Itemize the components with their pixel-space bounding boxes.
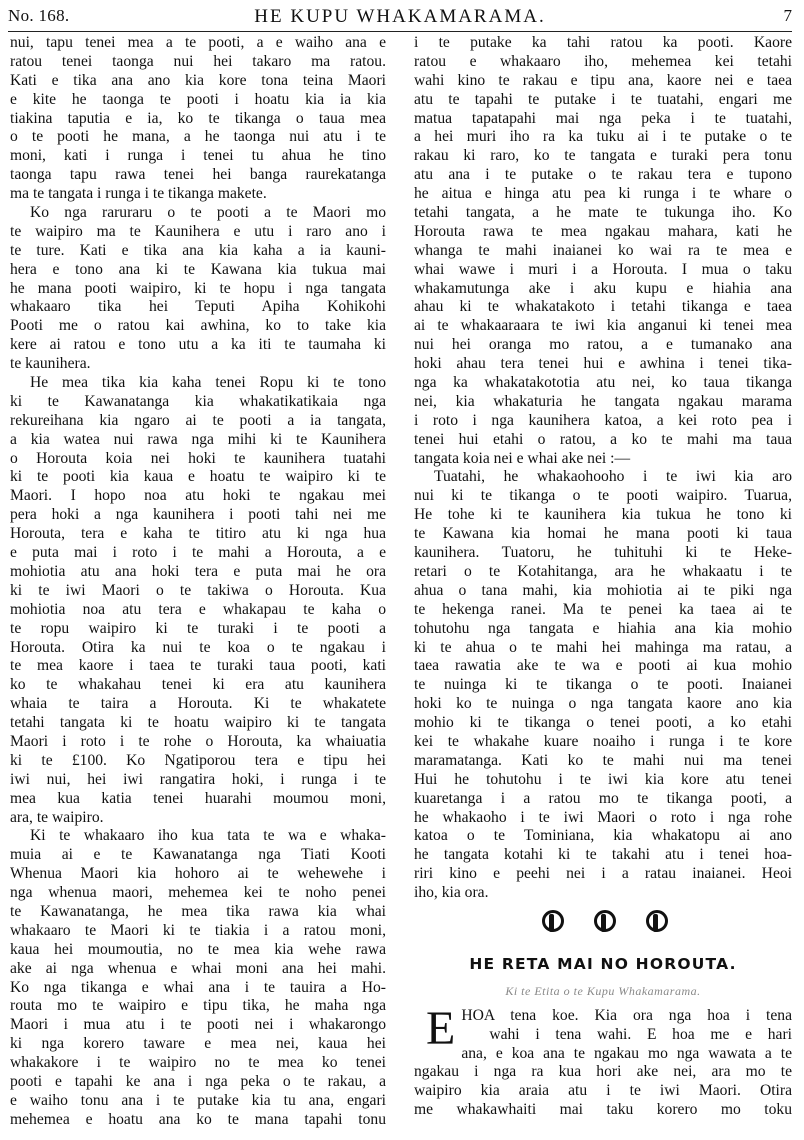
text-line: nei, kia whakaturia he tangata ngakau ma… [414, 393, 792, 412]
text-line: Kati e tika ana ano kia kore tona teina … [10, 72, 386, 91]
text-line: mohiotia atu ana hoki tera e puta mai he… [10, 563, 386, 582]
text-line: te waipiro ma te Kaunihera e utu i raro … [10, 223, 386, 242]
letter-line: HOA tena koe. Kia ora nga hoa i tena [461, 1007, 792, 1026]
text-line: mehemea e hoatu ana ko te mana tapahi to… [10, 1111, 386, 1130]
header-rule [8, 31, 792, 32]
text-line: e waiho tonu ana i te putake kia tu ana,… [10, 1092, 386, 1111]
text-line: iwi nui, hei iwi rangatira hoki, i runga… [10, 771, 386, 790]
letter-lines: HOA tena koe. Kia ora nga hoa i tenawahi… [414, 1007, 792, 1120]
letter-title: HE RETA MAI NO HOROUTA. [414, 955, 792, 974]
text-line: ratou tenei taonga nui hei takaro ma rat… [10, 53, 386, 72]
text-line: tetahi tangata, a he mate te tukunga iho… [414, 204, 792, 223]
text-line: whaia te taira a Horouta. Ki te whakatet… [10, 695, 386, 714]
text-line: tiakina taputia e ia, ko te tikanga o ta… [10, 110, 386, 129]
letter-line: waipiro kia araia atu i te iwi Maori. Ot… [414, 1082, 792, 1101]
text-line: rakau ki raro, ko te tangata e turaki pe… [414, 147, 792, 166]
text-line: he mana pooti waipiro, ki te hopu i nga … [10, 280, 386, 299]
text-line: e puta mai i roto i te mahi a Horouta, a… [10, 544, 386, 563]
text-line: Maori. I hopo noa atu hoki te ngakau mei [10, 487, 386, 506]
text-line: whakamutunga ake i aku kupu e hiahia ana [414, 280, 792, 299]
text-line: Whenua Maori kia hohoro ai te wehewehe i [10, 865, 386, 884]
text-line: ki te ahua o te mahi hei mahinga ma rata… [414, 639, 792, 658]
text-line: a hei muri iho ra ka tuku ai i te putake… [414, 128, 792, 147]
text-line: Maori i roto i te rohe o Horouta, ka wha… [10, 733, 386, 752]
text-line: ai te whakaaraara te iwi kia anganui ki … [414, 317, 792, 336]
text-line: atu ana i te putake o te rakau tera e tu… [414, 166, 792, 185]
text-line: nui ki te tikanga o te pooti waipiro. Tu… [414, 487, 792, 506]
ornament-icon [592, 909, 614, 933]
text-line: ma te tangata i runga i te tikanga maket… [10, 185, 386, 204]
text-line: atu te tapahi te putake i te tuatahi, en… [414, 91, 792, 110]
text-line: te mea kaore i taea te turaki taua pooti… [10, 657, 386, 676]
text-line: Pooti me o ratou kai awhina, ko to take … [10, 317, 386, 336]
text-line: Ki te whakaaro iho kua tata te wa e whak… [10, 827, 386, 846]
text-line: te hekenga ranei. Ma te penei ka taea ai… [414, 601, 792, 620]
text-line: Horouta. Otira ka nui te koa o te ngakau… [10, 639, 386, 658]
text-line: mea kua katia tenei huarahi moumou moni, [10, 790, 386, 809]
text-line: ara, te waipiro. [10, 809, 386, 828]
text-line: e kite he taonga te pooti i hoatu kia ia… [10, 91, 386, 110]
letter-subtitle: Ki te Etita o te Kupu Whakamarama. [414, 982, 792, 1001]
text-line: nga whenua maori, mehemea kei te noho pe… [10, 884, 386, 903]
text-line: kaua hei moumoutia, no te mea kia wehe r… [10, 941, 386, 960]
text-line: kere ai ratou e tono utu a ka iti te tau… [10, 336, 386, 355]
text-line: routa mo te waipiro e tipu tika, he maha… [10, 997, 386, 1016]
ornament-icon [644, 909, 666, 933]
page-number: 7 [784, 6, 793, 26]
left-column: nui, tapu tenei mea a te pooti, a e waih… [10, 34, 386, 1130]
text-line: ki nga korero taware e mea nei, kaua hei [10, 1035, 386, 1054]
text-line: ki te £100. Ko Ngatiporou tera e tipu he… [10, 752, 386, 771]
text-line: o Horouta koia nei hoki te kaunihera tua… [10, 450, 386, 469]
text-line: Hui he tohutohu i te iwi kia kore atu te… [414, 771, 792, 790]
letter-line: ana, e koa ana te ngakau mo nga wawata a… [461, 1045, 792, 1064]
text-line: mohiotia noa atu tera e whakapau te kaha… [10, 601, 386, 620]
text-line: ki te iwi Maori o te takiwa o Horouta. K… [10, 582, 386, 601]
letter-line: ngakau i nga ra kua hori ake nei, ara mo… [414, 1063, 792, 1082]
text-line: nga ka whakatakototia atu nei, ko taua t… [414, 374, 792, 393]
text-line: kuaretanga i a ratou mo te tikanga pooti… [414, 790, 792, 809]
text-line: Ko nga raruraru o te pooti a te Maori mo [10, 204, 386, 223]
text-line: whai wawe i muri i a Horouta. I mua o ta… [414, 261, 792, 280]
text-line: te ture. Kati e tika ana kia kaha a ia k… [10, 242, 386, 261]
text-line: ratou e whakaaro iho, mehemea kei tetahi [414, 53, 792, 72]
text-line: katoa o te Tominiana, kia whakatopu ai a… [414, 827, 792, 846]
text-line: i roto i nga kaunihera katoa, a kei roto… [414, 412, 792, 431]
text-line: he whakaoho i te iwi Maori o roto i nga … [414, 809, 792, 828]
text-line: tenei hui etahi o ratou, a ko te mahi ma… [414, 431, 792, 450]
text-line: ki te pooti kia kaua e hoatu te waipiro … [10, 468, 386, 487]
text-line: whakaaro te Maori ki te tiakia i a ratou… [10, 922, 386, 941]
text-line: rekureihana kia ngaro ai te pooti a ia t… [10, 412, 386, 431]
text-line: ahua o tana mahi, kia mohiotia ai te pik… [414, 582, 792, 601]
text-line: i te putake ka tahi ratou ka pooti. Kaor… [414, 34, 792, 53]
text-line: whakaaro tika hei Teputi Apiha Kohikohi [10, 298, 386, 317]
text-line: Maori i mua atu i te pooti nei i whakaro… [10, 1016, 386, 1035]
text-line: te kaunihera. [10, 355, 386, 374]
text-line: taonga tapu rawa tenei hei banga raureka… [10, 166, 386, 185]
text-line: tetahi tangata ki te hoatu waipiro ki te… [10, 714, 386, 733]
text-line: he tangata kotahi ki te takahi atu i ten… [414, 846, 792, 865]
text-line: kei te whakahe kuare noaiho i runga i te… [414, 733, 792, 752]
text-line: Horouta, tera e kaha te titiro atu ki ng… [10, 525, 386, 544]
text-line: te ropu waipiro ki te turaki i te pooti … [10, 620, 386, 639]
right-column: i te putake ka tahi ratou ka pooti. Kaor… [414, 34, 792, 1120]
page-header: No. 168. HE KUPU WHAKAMARAMA. 7 [8, 4, 792, 30]
text-line: He mea tika kia kaha tenei Ropu ki te to… [10, 374, 386, 393]
text-line: hera e tono ana ki te Kawana kia tukua m… [10, 261, 386, 280]
text-line: ki te Kawanatanga kia whakatikatikaia ng… [10, 393, 386, 412]
section-ornaments [414, 909, 792, 933]
text-line: nui hei oranga mo ratou, a e tumanako an… [414, 336, 792, 355]
text-line: te Kawana kia homai he mana pooti ki tau… [414, 525, 792, 544]
text-line: Horouta rawa te mea ngakau mahara, kati … [414, 223, 792, 242]
text-line: riri kino e peehi nei i a ratau inaianei… [414, 865, 792, 884]
right-column-body: i te putake ka tahi ratou ka pooti. Kaor… [414, 34, 792, 903]
text-line: retari o te Kotahitanga, ara he whakaatu… [414, 563, 792, 582]
text-line: te Kawanatanga, he mea tika rawa kia wha… [10, 903, 386, 922]
text-line: whanga te mahi inaianei ko wai ra te mea… [414, 242, 792, 261]
text-line: pooti e tapahi ke ana i nga peka o te ra… [10, 1073, 386, 1092]
ornament-icon [540, 909, 562, 933]
drop-cap: E [426, 1009, 455, 1049]
text-line: tohutohu nga tangata e hiahia ana kia mo… [414, 620, 792, 639]
text-line: pera hoki a nga kaunihera i pooti tahi n… [10, 506, 386, 525]
text-line: muia ai e te Kawanatanga nga Tiati Kooti [10, 846, 386, 865]
text-line: iho, kia ora. [414, 884, 792, 903]
text-line: He tohe ki te kaunihera kia tukua he ton… [414, 506, 792, 525]
letter-body: E HOA tena koe. Kia ora nga hoa i tenawa… [414, 1007, 792, 1120]
text-line: te nuinga ki te tikanga o te pooti. Inai… [414, 676, 792, 695]
text-line: tangata koia nei e whai ake nei :— [414, 450, 792, 469]
letter-line: me whakawhaiti mai taku korero mo toku [414, 1101, 792, 1120]
text-line: kaunihera. Tuatoru, he tuhituhi ki te He… [414, 544, 792, 563]
text-line: hoki ahau tera tenei hui e awhina i tene… [414, 355, 792, 374]
text-line: Ko nga tikanga e whai ana i te tauira a … [10, 979, 386, 998]
text-line: ahau ki te whakatakoto i tetahi tikanga … [414, 298, 792, 317]
text-line: o te pooti he mana, a he taonga nui atu … [10, 128, 386, 147]
text-line: taea rawatia ake te wa e pooti ai kua mo… [414, 657, 792, 676]
text-line: nui, tapu tenei mea a te pooti, a e waih… [10, 34, 386, 53]
text-line: he aitua e hinga atu pea ki runga i te w… [414, 185, 792, 204]
letter-line: wahi i tena wahi. E hoa me e hari [461, 1026, 792, 1045]
text-line: wahi kino te rakau e tipu ana, kaore nei… [414, 72, 792, 91]
text-line: a kia watea nui rawa nga mihi ki te Kaun… [10, 431, 386, 450]
text-line: ake ai nga whenua e whai moni ana hei ma… [10, 960, 386, 979]
text-line: maramatanga. Kati ko te mahi nui ma tene… [414, 752, 792, 771]
text-line: whakakore i te waipiro no te mea ko tene… [10, 1054, 386, 1073]
text-line: hoki ko te nuinga o nga tangata kaore an… [414, 695, 792, 714]
text-line: matua tapatapahi mai nga peka i te tuata… [414, 110, 792, 129]
publication-title: HE KUPU WHAKAMARAMA. [8, 6, 792, 28]
text-line: Tuatahi, he whakaohooho i te iwi kia aro [414, 468, 792, 487]
text-line: mohio ki te tikanga o tenei pooti, a ko … [414, 714, 792, 733]
text-line: ko te whakahau tenei ki era atu kauniher… [10, 676, 386, 695]
text-line: moni, kati i runga i tenei tu ahua he ti… [10, 147, 386, 166]
